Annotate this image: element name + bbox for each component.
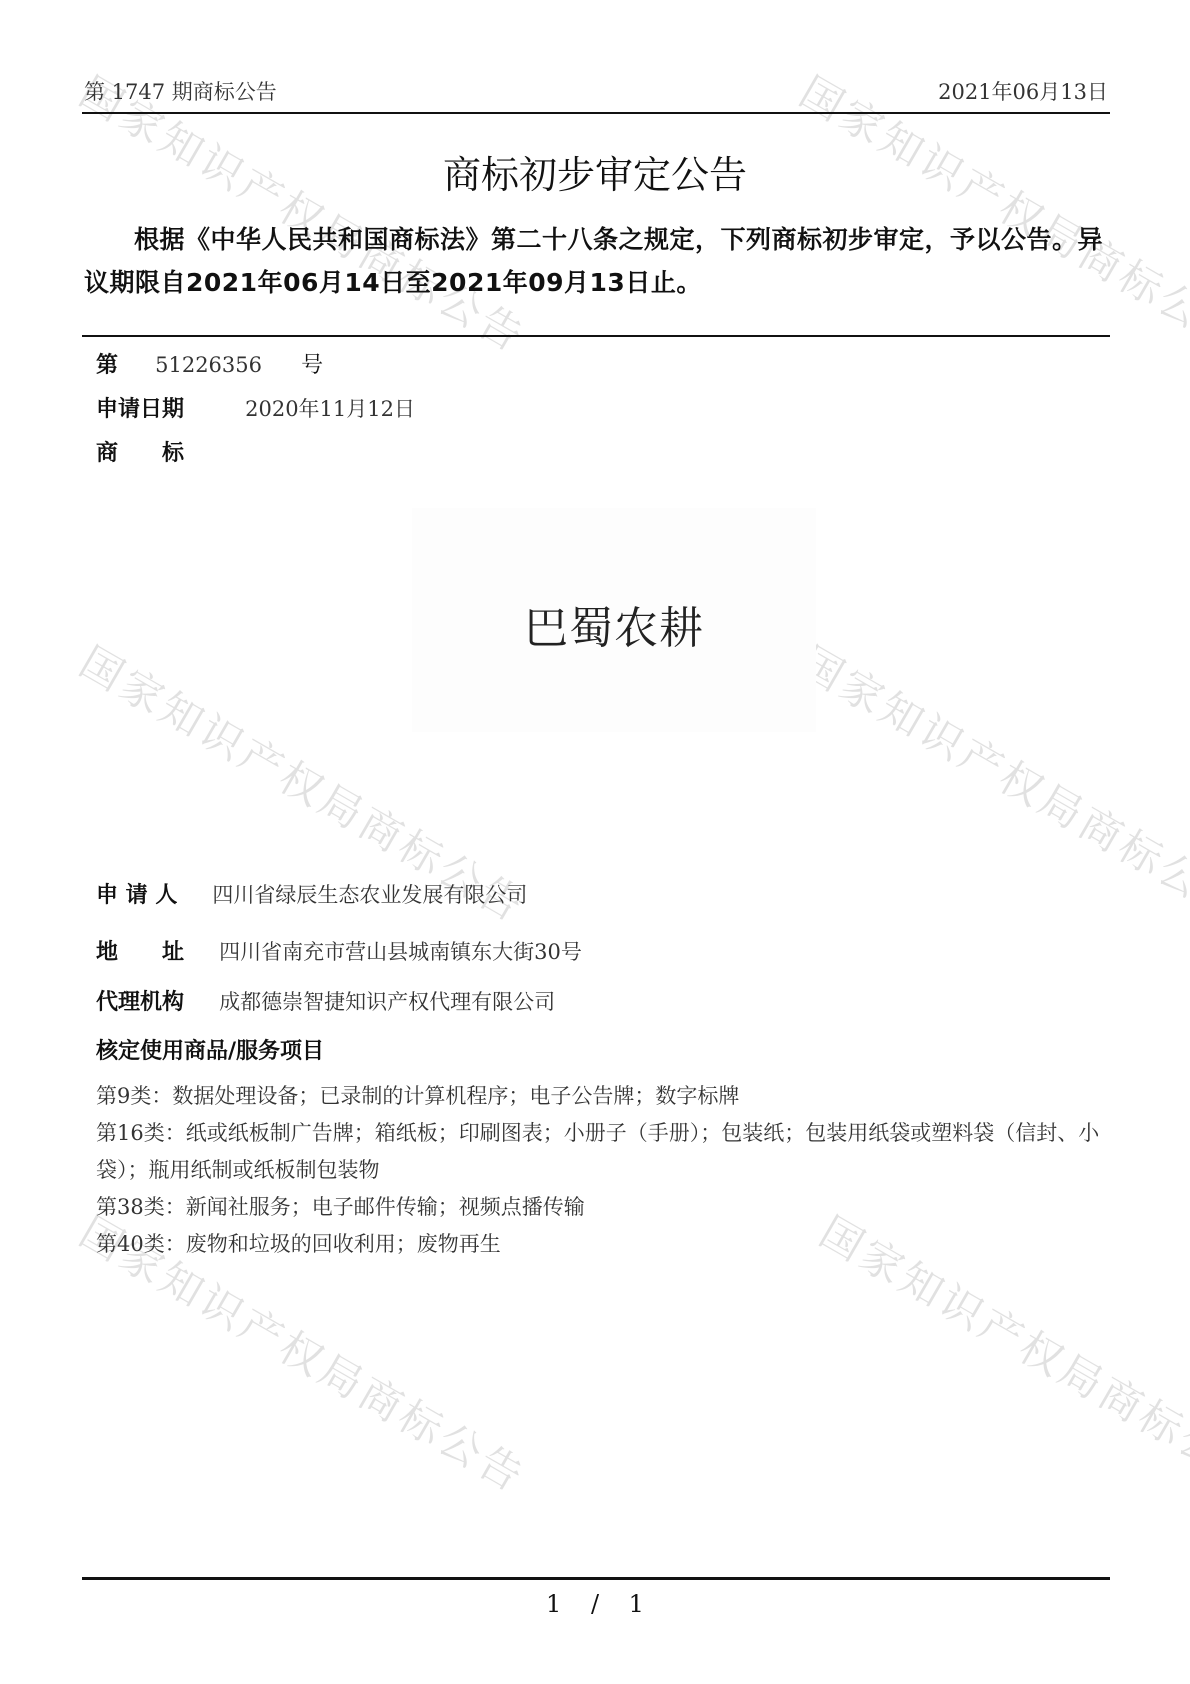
goods-class-38: 第38类：新闻社服务；电子邮件传输；视频点播传输 (96, 1189, 1106, 1226)
goods-class-9: 第9类：数据处理设备；已录制的计算机程序；电子公告牌；数字标牌 (96, 1078, 1106, 1115)
address-label: 地 址 (96, 940, 184, 965)
registration-number: 51226356 (155, 353, 262, 377)
applicant-row: 申 请 人 四川省绿辰生态农业发展有限公司 (96, 878, 527, 909)
applicant-name: 四川省绿辰生态农业发展有限公司 (212, 883, 527, 907)
goods-class-16: 第16类：纸或纸板制广告牌；箱纸板；印刷图表；小册子（手册）；包装纸；包装用纸袋… (96, 1115, 1106, 1189)
goods-list: 第9类：数据处理设备；已录制的计算机程序；电子公告牌；数字标牌 第16类：纸或纸… (96, 1078, 1106, 1263)
issue-date: 2021年06月13日 (938, 76, 1108, 106)
trademark-label: 商 标 (96, 441, 184, 466)
section-divider (82, 335, 1110, 337)
footer-divider (82, 1577, 1110, 1580)
registration-number-row: 第 51226356 号 (96, 348, 323, 379)
applicant-label: 申 请 人 (96, 883, 177, 908)
issue-number: 第 1747 期商标公告 (84, 76, 277, 106)
intro-paragraph: 根据《中华人民共和国商标法》第二十八条之规定，下列商标初步审定，予以公告。异议期… (84, 218, 1110, 304)
agency-name: 成都德崇智捷知识产权代理有限公司 (219, 990, 555, 1014)
header-divider (82, 112, 1110, 114)
agency-row: 代理机构 成都德崇智捷知识产权代理有限公司 (96, 985, 555, 1016)
address-value: 四川省南充市营山县城南镇东大街30号 (219, 940, 582, 964)
number-suffix: 号 (301, 353, 323, 378)
goods-heading: 核定使用商品/服务项目 (96, 1039, 324, 1064)
watermark: 国家知识产权局商标公告 (790, 630, 1190, 935)
agency-label: 代理机构 (96, 990, 184, 1015)
goods-class-40: 第40类：废物和垃圾的回收利用；废物再生 (96, 1226, 1106, 1263)
application-date-row: 申请日期 2020年11月12日 (96, 392, 415, 423)
address-row: 地 址 四川省南充市营山县城南镇东大街30号 (96, 935, 582, 966)
number-prefix: 第 (96, 353, 118, 378)
page-number: 1 / 1 (0, 1590, 1190, 1618)
application-date-label: 申请日期 (96, 397, 184, 422)
goods-heading-row: 核定使用商品/服务项目 (96, 1034, 324, 1065)
trademark-label-row: 商 标 (96, 436, 184, 467)
application-date: 2020年11月12日 (245, 397, 415, 421)
trademark-text: 巴蜀农耕 (412, 592, 816, 656)
page-title: 商标初步审定公告 (0, 144, 1190, 199)
